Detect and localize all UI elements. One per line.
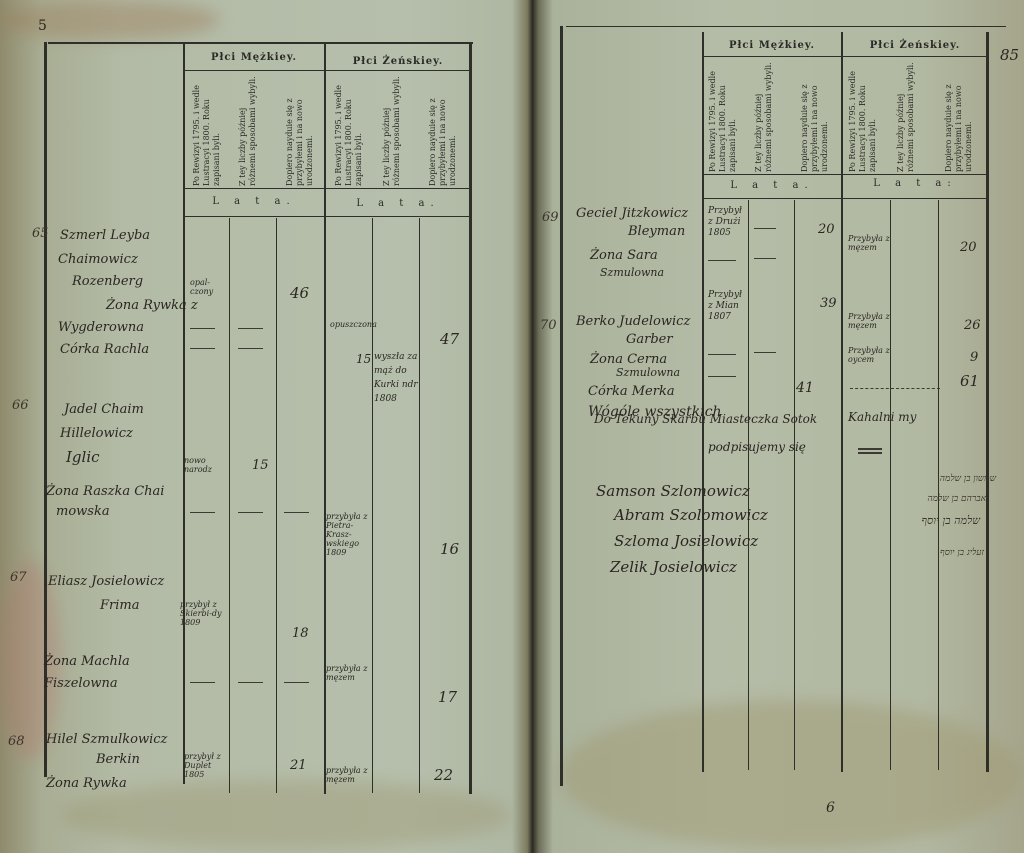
daughter-note: wyszła za mąż do Kurki ndr 1808 (374, 350, 420, 406)
col-rule (372, 218, 373, 793)
person-name: Żona Raszka Chai (46, 484, 164, 499)
dash (238, 682, 263, 683)
lata-label-male: L a t a. (704, 180, 840, 191)
male-note: przybył z Skierbi-dy 1809 (180, 600, 228, 627)
person-name: Berkin (96, 752, 140, 767)
top-rule (48, 42, 473, 44)
closing-line-3: podpisujemy się (708, 440, 806, 454)
dash (708, 376, 736, 377)
male-age: 39 (820, 296, 837, 311)
lata-label-female: L a t a: (844, 178, 986, 189)
person-name: Chaimowicz (58, 252, 138, 267)
dash (708, 354, 736, 355)
row-number: 65 (32, 226, 49, 241)
female-note: opuszczona (330, 320, 370, 329)
double-dash (858, 448, 882, 450)
page-corner-number: 5 (38, 18, 47, 34)
male-age: 46 (290, 284, 309, 302)
col-header-revision-f: Po Rewizyi 1795. i wedle Lustracyi 1800.… (334, 74, 372, 186)
female-group-header: Płci Żeńskiey. (844, 40, 986, 51)
header-rule (185, 216, 470, 217)
person-name: Żona Sara (590, 248, 658, 263)
totals-dash (850, 388, 940, 390)
person-name: Szmulowna (600, 266, 664, 279)
person-name: Wygderowna (58, 320, 144, 335)
dash (754, 258, 776, 259)
dash (754, 352, 776, 353)
header-rule (704, 174, 988, 175)
female-note: przybyła z Pietra-Krasz-wskiego 1809 (326, 512, 372, 557)
col-header-revision: Po Rewizyi 1795. i wedle Lustracyi 1800.… (708, 60, 748, 172)
right-rule (469, 44, 472, 794)
female-note: przybyła z męzem (326, 766, 372, 784)
female-age: 16 (440, 540, 459, 558)
female-age: 22 (434, 766, 453, 784)
dash (238, 512, 263, 513)
female2-age: 9 (970, 350, 978, 365)
male-note: przybył z Duplet 1805 (184, 752, 230, 779)
row-number: 68 (8, 734, 25, 749)
dash (190, 682, 215, 683)
signature: Zelik Josielowicz (610, 558, 737, 576)
col-header-departed-f: Z tey liczby później różnemi sposobami w… (896, 60, 932, 172)
person-name: Żona Machla (44, 654, 130, 669)
row-number: 66 (12, 398, 29, 413)
person-name: Fiszelowna (44, 676, 118, 691)
col-header-departed-f: Z tey liczby później różnemi sposobami w… (382, 74, 418, 186)
male-age: 21 (290, 758, 307, 773)
left-page: 5 Płci Mężkiey. Płci Żeńskiey. Po Rewizy… (0, 0, 530, 853)
signature: Samson Szlomowicz (596, 482, 750, 500)
person-name: Córka Merka (588, 384, 675, 399)
person-name: Geciel Jitzkowicz (576, 206, 688, 221)
person-name: Szmerl Leyba (60, 228, 150, 243)
document-spread: 5 Płci Mężkiey. Płci Żeńskiey. Po Rewizy… (0, 0, 1024, 853)
female-age: 20 (960, 240, 977, 255)
closing-line-2: Kahalni my (848, 410, 916, 424)
col-rule (419, 218, 420, 793)
female-group-header: Płci Żeńskiey. (328, 56, 468, 67)
signature: Abram Szolomowicz (614, 506, 768, 524)
header-rule (704, 56, 988, 57)
person-name: Jadel Chaim (64, 402, 144, 417)
male-note: opal-czony (190, 278, 230, 296)
male-group-header: Płci Mężkiey. (704, 40, 840, 51)
female-age: 26 (964, 318, 981, 333)
person-name: Żona Rywka z (106, 298, 198, 313)
col-rule (841, 32, 843, 772)
signature: Szloma Josielowicz (614, 532, 758, 550)
col-header-present: Dopiero nayduie się z przybyłemi i na no… (800, 60, 838, 172)
hebrew-signature: שלמה בן יוסף (840, 514, 980, 528)
male-note: Przybył z Drużi 1805 (708, 206, 748, 239)
header-rule (704, 198, 988, 199)
person-name: mowska (56, 504, 110, 519)
person-name: Hilel Szmulkowicz (46, 732, 167, 747)
col-rule (276, 218, 277, 793)
dash (238, 328, 263, 329)
col-header-revision: Po Rewizyi 1795. i wedle Lustracyi 1800.… (192, 74, 232, 186)
col-header-departed: Z tey liczby później różnemi sposobami w… (238, 74, 274, 186)
person-name: Szmulowna (616, 366, 680, 379)
dash (754, 228, 776, 229)
right-page: 85 Płci Mężkiey. Płci Żeńskiey. Po Rewiz… (540, 0, 1024, 853)
col-rule (183, 44, 185, 784)
person-name: Córka Rachla (60, 342, 149, 357)
male-group-header: Płci Mężkiey. (186, 52, 322, 63)
row-number: 70 (540, 318, 557, 333)
row-number: 67 (10, 570, 27, 585)
lata-label-male: L a t a. (186, 196, 322, 207)
top-rule (566, 26, 1006, 27)
header-rule (185, 188, 470, 189)
daughter-age: 15 (356, 352, 371, 366)
female-note: Przybyła z męzem (848, 312, 892, 330)
hebrew-signature: אברהם בן שלמה (846, 492, 986, 506)
person-name: Żona Cerna (590, 352, 667, 367)
col-header-departed: Z tey liczby później różnemi sposobami w… (754, 60, 790, 172)
col-header-present: Dopiero nayduie się z przybyłemi i na no… (285, 74, 323, 186)
male-age: 15 (252, 458, 269, 473)
female2-note: przybyła z męzem (326, 664, 372, 682)
male-note: nowo narodz (184, 456, 228, 474)
female2-note: Przybyła z oycem (848, 346, 892, 364)
dash (284, 682, 309, 683)
col-rule (229, 218, 230, 793)
male-age: 18 (292, 626, 309, 641)
female-age: 47 (440, 330, 459, 348)
hebrew-signature: שמשון בן שלמה (856, 472, 996, 486)
dash (190, 328, 215, 329)
person-name: Berko Judelowicz (576, 314, 690, 329)
person-name: Frima (100, 598, 139, 613)
person-name: Hillelowicz (60, 426, 133, 441)
dash (190, 512, 215, 513)
dash (708, 260, 736, 261)
col-rule (702, 32, 704, 772)
col-rule (794, 200, 795, 770)
lata-label-female: L a t a. (328, 198, 468, 209)
male-age: 20 (818, 222, 835, 237)
left-margin-rule (560, 26, 563, 786)
page-corner-number: 85 (1000, 46, 1019, 64)
female2-age: 17 (438, 688, 457, 706)
col-header-present-f: Dopiero nayduie się z przybyłemi i na no… (428, 74, 466, 186)
person-name: Rozenberg (72, 274, 143, 289)
page-bottom-number: 6 (826, 800, 835, 816)
person-name: Iglic (66, 448, 100, 466)
row-number: 69 (542, 210, 559, 225)
person-name: Garber (626, 332, 673, 347)
person-name: Żona Rywka (46, 776, 127, 791)
person-name: Eliasz Josielowicz (48, 574, 164, 589)
dash (190, 348, 215, 349)
male-note: Przybył z Mian 1807 (708, 290, 748, 323)
dash (238, 348, 263, 349)
header-rule (185, 70, 470, 71)
female-note: Przybyła z męzem (848, 234, 892, 252)
right-rule (986, 32, 989, 772)
dash (284, 512, 309, 513)
closing-line-1: Do Tekuny Skarbu Miasteczka Sotok (594, 412, 817, 426)
female-total: 61 (960, 372, 979, 390)
col-header-present-f: Dopiero nayduie się z przybyłemi i na no… (944, 60, 982, 172)
hebrew-signature: זעליג בן יוסף (834, 546, 984, 560)
col-header-revision-f: Po Rewizyi 1795. i wedle Lustracyi 1800.… (848, 60, 886, 172)
male-total: 41 (796, 380, 814, 396)
double-dash (858, 452, 882, 454)
person-name: Bleyman (628, 224, 685, 239)
